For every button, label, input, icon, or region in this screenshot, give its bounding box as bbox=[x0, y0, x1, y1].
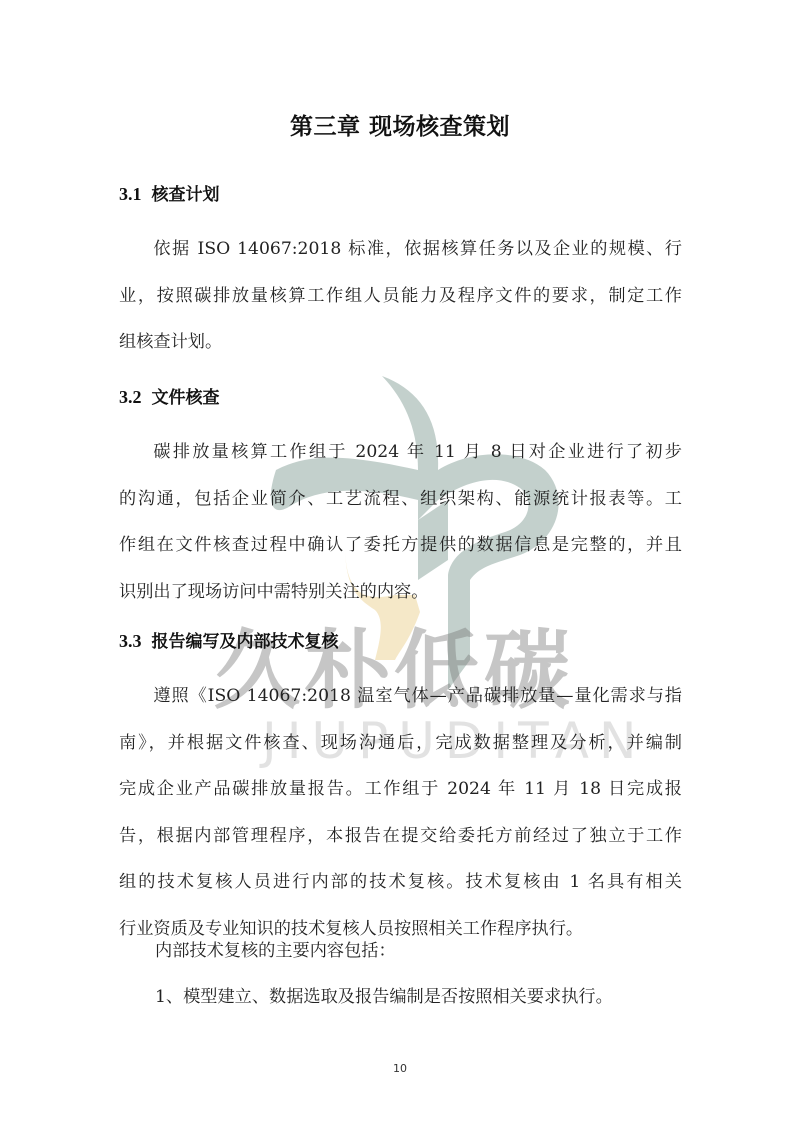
paragraph-line: 组的技术复核人员进行内部的技术复核。技术复核由 1 名具有相关 bbox=[119, 859, 682, 906]
review-item-1: 1、模型建立、数据选取及报告编制是否按照相关要求执行。 bbox=[155, 982, 613, 1007]
paragraph-line: 识别出了现场访问中需特别关注的内容。 bbox=[119, 569, 682, 616]
section-heading-3-2: 3.2文件核查 bbox=[119, 383, 220, 408]
chapter-title: 第三章 现场核查策划 bbox=[0, 108, 800, 141]
paragraph-line: 的沟通，包括企业简介、工艺流程、组织架构、能源统计报表等。工 bbox=[119, 476, 682, 523]
paragraph-line: 完成企业产品碳排放量报告。工作组于 2024 年 11 月 18 日完成报 bbox=[119, 766, 682, 813]
section-title: 文件核查 bbox=[152, 388, 220, 408]
section-title: 核查计划 bbox=[152, 185, 220, 205]
review-intro: 内部技术复核的主要内容包括： bbox=[155, 936, 396, 961]
paragraph-line: 碳排放量核算工作组于 2024 年 11 月 8 日对企业进行了初步 bbox=[119, 429, 682, 476]
section-number: 3.3 bbox=[119, 631, 142, 651]
section-title: 报告编写及内部技术复核 bbox=[152, 632, 339, 652]
section-heading-3-1: 3.1核查计划 bbox=[119, 180, 220, 205]
section-number: 3.1 bbox=[119, 184, 142, 204]
paragraph-line: 遵照《ISO 14067:2018 温室气体—产品碳排放量—量化需求与指 bbox=[119, 673, 682, 720]
page-number: 10 bbox=[0, 1062, 800, 1075]
paragraph-line: 告，根据内部管理程序，本报告在提交给委托方前经过了独立于工作 bbox=[119, 813, 682, 860]
section-3-1-paragraph: 依据 ISO 14067:2018 标准，依据核算任务以及企业的规模、行 业，按… bbox=[119, 226, 682, 366]
section-heading-3-3: 3.3报告编写及内部技术复核 bbox=[119, 627, 339, 652]
paragraph-line: 组核查计划。 bbox=[119, 319, 682, 366]
paragraph-line: 南》，并根据文件核查、现场沟通后，完成数据整理及分析，并编制 bbox=[119, 720, 682, 767]
section-3-2-paragraph: 碳排放量核算工作组于 2024 年 11 月 8 日对企业进行了初步 的沟通，包… bbox=[119, 429, 682, 615]
section-3-3-paragraph: 遵照《ISO 14067:2018 温室气体—产品碳排放量—量化需求与指 南》，… bbox=[119, 673, 682, 952]
paragraph-line: 作组在文件核查过程中确认了委托方提供的数据信息是完整的，并且 bbox=[119, 522, 682, 569]
section-number: 3.2 bbox=[119, 387, 142, 407]
paragraph-line: 依据 ISO 14067:2018 标准，依据核算任务以及企业的规模、行 bbox=[119, 226, 682, 273]
paragraph-line: 业，按照碳排放量核算工作组人员能力及程序文件的要求，制定工作 bbox=[119, 273, 682, 320]
